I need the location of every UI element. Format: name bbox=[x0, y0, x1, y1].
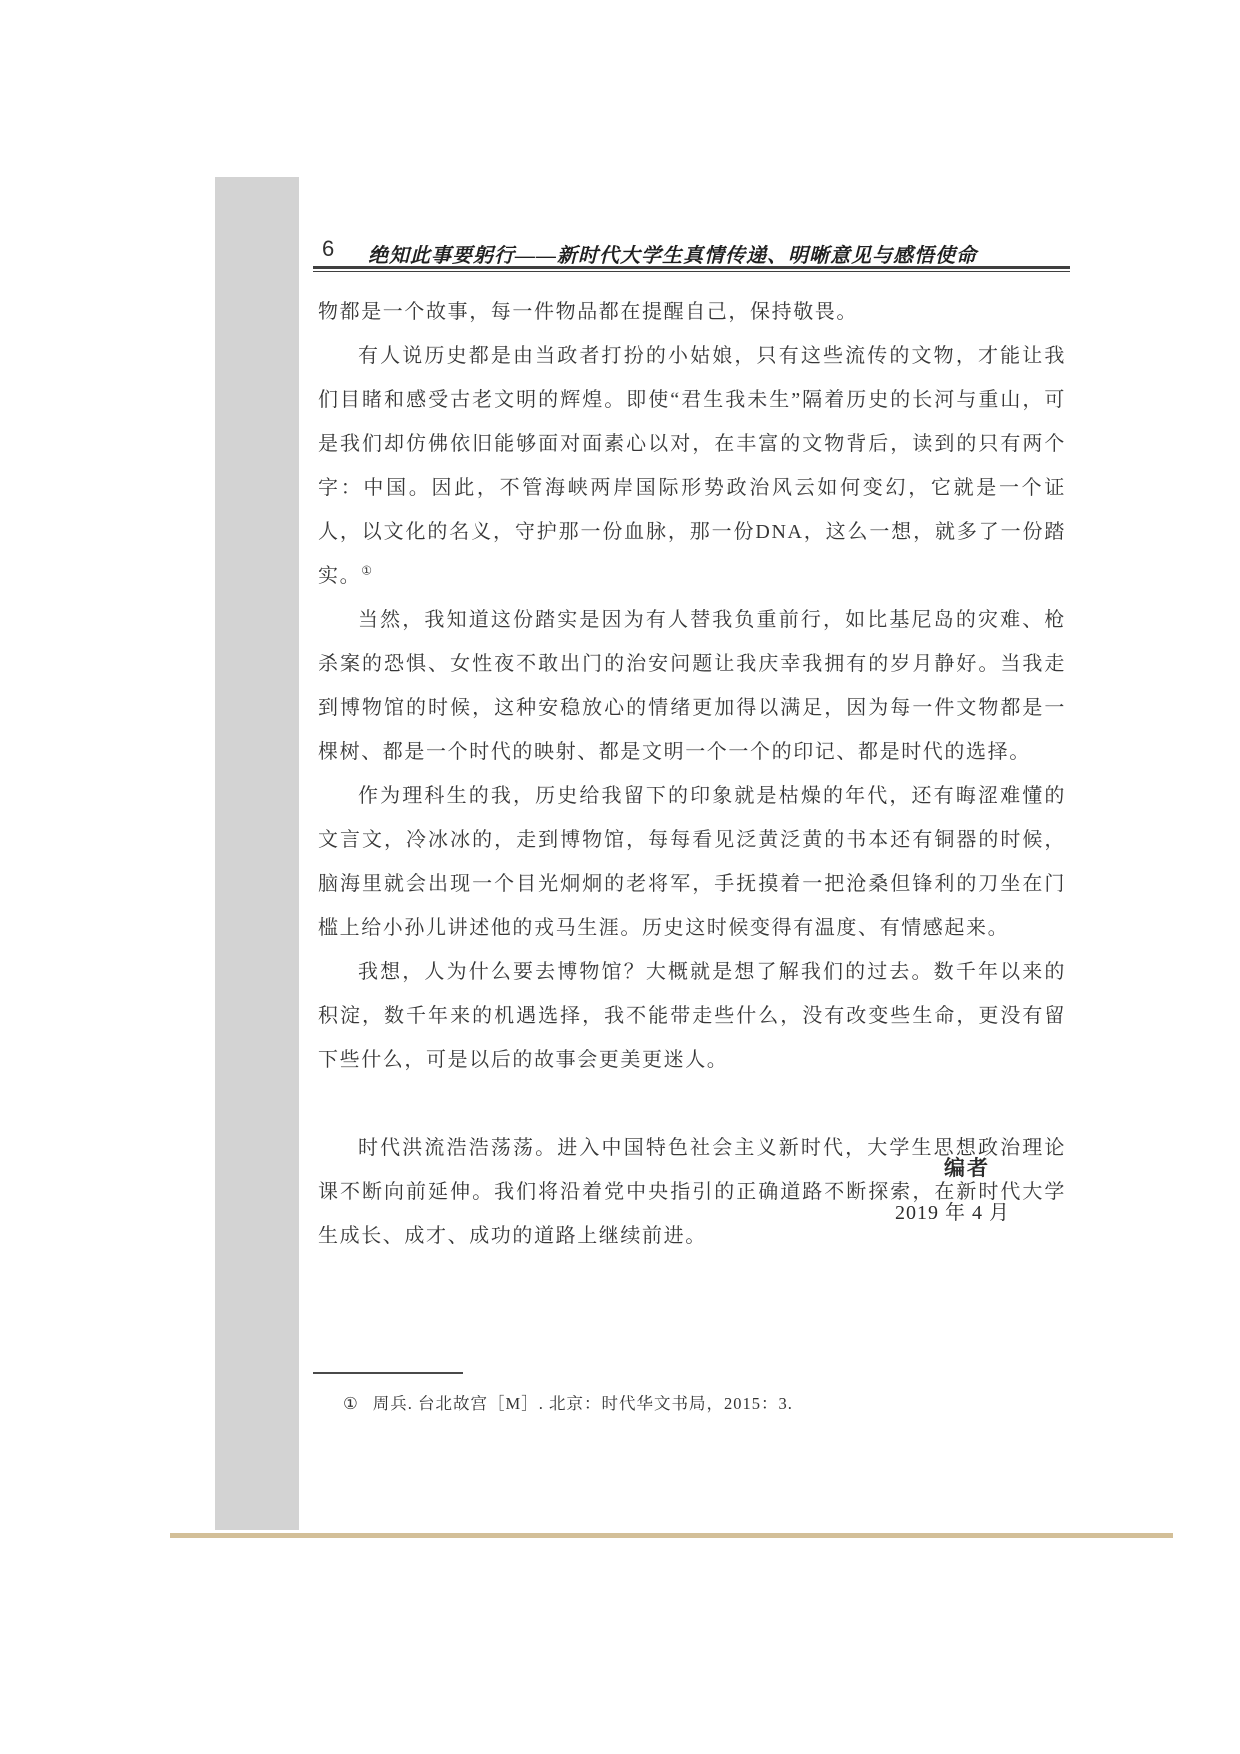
signature-block: 编者 2019 年 4 月 bbox=[318, 1146, 1066, 1236]
footnote-rule bbox=[313, 1372, 463, 1374]
book-page: 6 绝知此事要躬行——新时代大学生真情传递、明晰意见与感悟使命 物都是一个故事，… bbox=[0, 0, 1240, 1754]
paragraph-text: 物都是一个故事，每一件物品都在提醒自己，保持敬畏。 bbox=[318, 301, 858, 323]
paragraph: 当然，我知道这份踏实是因为有人替我负重前行，如比基尼岛的灾难、枪杀案的恐惧、女性… bbox=[318, 598, 1066, 774]
footnote-block: ①周兵. 台北故宫［M］. 北京：时代华文书局，2015：3. bbox=[313, 1372, 1066, 1414]
paragraph-text: 我想，人为什么要去博物馆？大概就是想了解我们的过去。数千年以来的积淀，数千年来的… bbox=[318, 961, 1066, 1071]
paragraph-text: 有人说历史都是由当政者打扮的小姑娘，只有这些流传的文物，才能让我们目睹和感受古老… bbox=[318, 345, 1066, 587]
paragraph: 作为理科生的我，历史给我留下的印象就是枯燥的年代，还有晦涩难懂的文言文，冷冰冰的… bbox=[318, 774, 1066, 950]
header-rule-thin bbox=[313, 271, 1070, 272]
paragraph-continuation: 物都是一个故事，每一件物品都在提醒自己，保持敬畏。 bbox=[318, 290, 1066, 334]
paragraph: 有人说历史都是由当政者打扮的小姑娘，只有这些流传的文物，才能让我们目睹和感受古老… bbox=[318, 334, 1066, 598]
footnote-ref: ① bbox=[361, 563, 372, 577]
body-text: 物都是一个故事，每一件物品都在提醒自己，保持敬畏。 有人说历史都是由当政者打扮的… bbox=[318, 290, 1066, 1258]
page-number: 6 bbox=[322, 236, 334, 262]
footnote: ①周兵. 台北故宫［M］. 北京：时代华文书局，2015：3. bbox=[313, 1390, 1066, 1414]
paragraph-text: 当然，我知道这份踏实是因为有人替我负重前行，如比基尼岛的灾难、枪杀案的恐惧、女性… bbox=[318, 609, 1066, 763]
bottom-page-rule bbox=[170, 1533, 1173, 1538]
paragraph: 我想，人为什么要去博物馆？大概就是想了解我们的过去。数千年以来的积淀，数千年来的… bbox=[318, 950, 1066, 1082]
footnote-text: 周兵. 台北故宫［M］. 北京：时代华文书局，2015：3. bbox=[373, 1394, 793, 1413]
signature-author: 编者 bbox=[318, 1146, 1066, 1190]
header-rule bbox=[313, 266, 1070, 272]
paragraph-text: 作为理科生的我，历史给我留下的印象就是枯燥的年代，还有晦涩难懂的文言文，冷冰冰的… bbox=[318, 785, 1066, 939]
signature-date: 2019 年 4 月 bbox=[318, 1190, 1066, 1236]
running-title: 绝知此事要躬行——新时代大学生真情传递、明晰意见与感悟使命 bbox=[368, 239, 977, 268]
footnote-marker: ① bbox=[343, 1394, 359, 1413]
sidebar-strip bbox=[215, 177, 299, 1530]
header-rule-thick bbox=[313, 266, 1070, 269]
